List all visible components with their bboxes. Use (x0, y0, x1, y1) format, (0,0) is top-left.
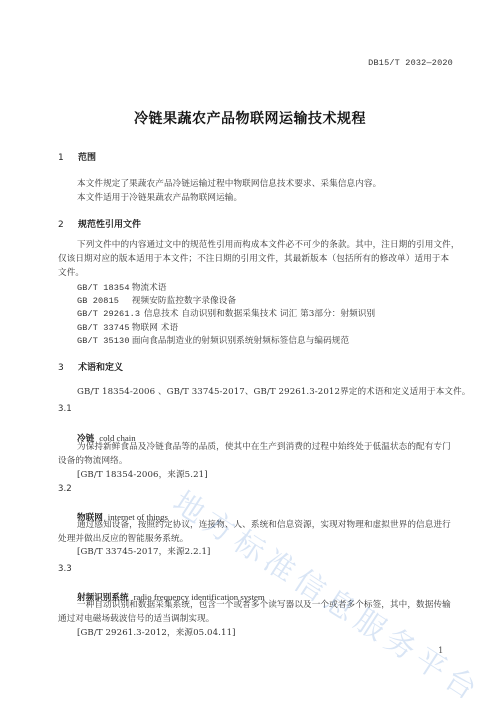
ref-name: 物联网 术语 (132, 323, 178, 333)
term-definition-line-2: 处理并做出反应的智能服务系统。 (58, 532, 188, 544)
term-definition-line-1: 一种自动识别和数据采集系统，包含一个或者多个读写器以及一个或者多个标签，其中，数… (77, 598, 451, 610)
term-source: [GB/T 33745-2017，来源2.2.1] (77, 545, 211, 557)
ref-code: GB/T 29261.3 (77, 309, 141, 319)
section-heading-normative-refs: 2规范性引用文件 (58, 217, 141, 230)
term-definition-line-1: 为保持新鲜食品及冷链食品等的品质，使其中在生产到消费的过程中始终处于低温状态的配… (77, 440, 451, 452)
refs-para-line-1: 下列文件中的内容通过文中的规范性引用而构成本文件必不可少的条款。其中，注日期的引… (77, 238, 460, 250)
clause-number: 3.1 (58, 404, 72, 414)
ref-item: GB/T 29261.3 信息技术 自动识别和数据采集技术 词汇 第3部分：射频… (77, 307, 375, 319)
ref-name: 面向食品制造业的射频识别系统射频标签信息与编码规范 (132, 336, 349, 346)
section-number: 3 (58, 363, 78, 373)
term-definition-line-2: 通过对电磁场载波信号的适当调制实现。 (58, 612, 215, 624)
document-page: DB15/T 2032—2020 冷链果蔬农产品物联网运输技术规程 1范围 本文… (0, 0, 500, 707)
section-title: 规范性引用文件 (78, 220, 141, 230)
ref-name: 信息技术 自动识别和数据采集技术 词汇 第3部分：射频识别 (144, 309, 375, 319)
term-source: [GB/T 18354-2006，来源5.21] (77, 468, 208, 480)
section-number: 2 (58, 220, 78, 230)
refs-para-line-3: 文件。 (58, 266, 84, 278)
terms-intro: GB/T 18354-2006 、GB/T 33745-2017、GB/T 29… (77, 385, 470, 397)
scope-line-1: 本文件规定了果蔬农产品冷链运输过程中物联网信息技术要求、采集信息内容。 (77, 177, 381, 189)
clause-number: 3.2 (58, 484, 72, 494)
section-title: 术语和定义 (78, 363, 123, 373)
section-heading-terms: 3术语和定义 (58, 360, 123, 373)
ref-item: GB/T 35130 面向食品制造业的射频识别系统射频标签信息与编码规范 (77, 334, 349, 346)
ref-code: GB 20815 (77, 296, 129, 306)
ref-item: GB 20815 视频安防监控数字录像设备 (77, 294, 236, 306)
document-title: 冷链果蔬农产品物联网运输技术规程 (0, 108, 500, 128)
section-number: 1 (58, 153, 78, 163)
ref-code: GB/T 33745 (77, 323, 129, 333)
ref-code: GB/T 35130 (77, 336, 129, 346)
ref-item: GB/T 18354 物流术语 (77, 281, 167, 293)
section-title: 范围 (78, 153, 96, 163)
document-code: DB15/T 2032—2020 (368, 58, 453, 68)
clause-number: 3.3 (58, 564, 72, 574)
refs-para-line-2: 仅该日期对应的版本适用于本文件；不注日期的引用文件，其最新版本（包括所有的修改单… (58, 252, 449, 264)
section-heading-scope: 1范围 (58, 150, 96, 163)
term-source: [GB/T 29261.3-2012，来源05.04.11] (77, 626, 236, 638)
ref-code: GB/T 18354 (77, 283, 129, 293)
page-number: 1 (438, 646, 443, 656)
ref-name: 视频安防监控数字录像设备 (132, 296, 236, 306)
ref-item: GB/T 33745 物联网 术语 (77, 321, 178, 333)
scope-line-2: 本文件适用于冷链果蔬农产品物联网运输。 (77, 191, 242, 203)
term-definition-line-1: 通过感知设备，按照约定协议，连接物、人、系统和信息资源，实现对物理和虚拟世界的信… (77, 518, 451, 530)
term-definition-line-2: 设备的物流网络。 (58, 454, 128, 466)
ref-name: 物流术语 (132, 283, 167, 293)
